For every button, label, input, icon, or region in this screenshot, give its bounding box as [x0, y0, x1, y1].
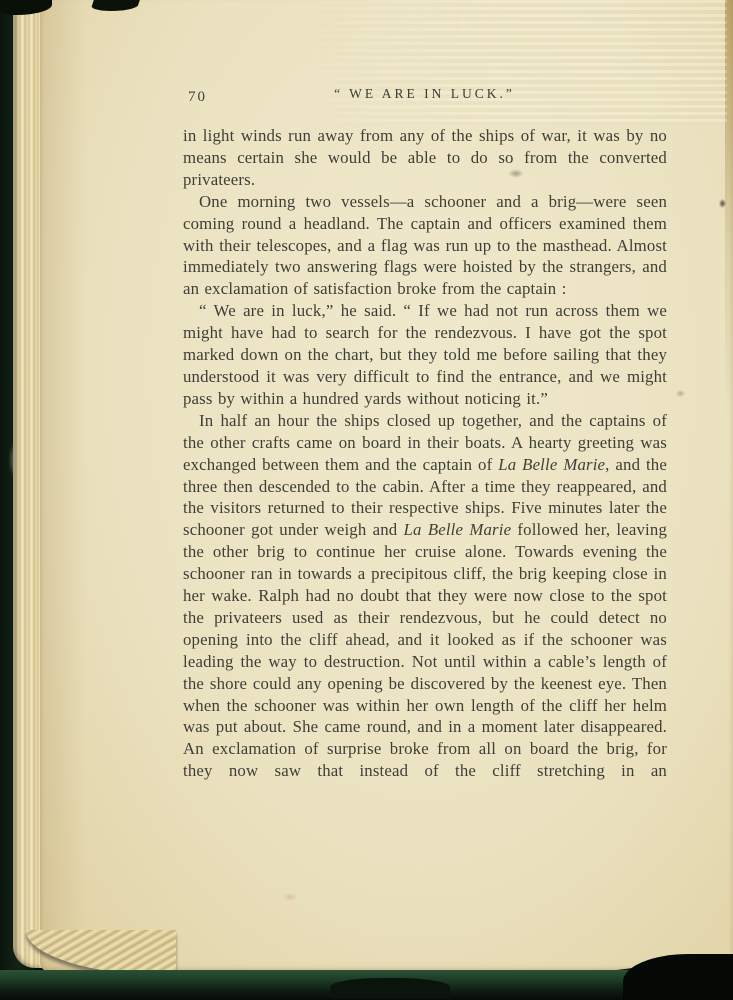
ship-name-italic: La Belle Marie	[404, 520, 512, 539]
paper-speck	[719, 199, 726, 208]
paragraph: One morning two vessels—a schooner and a…	[183, 191, 667, 301]
paragraph-text: followed her, leaving the other brig to …	[183, 520, 667, 780]
paragraph-text: One morning two vessels—a schooner and a…	[183, 192, 667, 299]
paragraph-text: in light winds run away from any of the …	[183, 126, 667, 189]
page-body: in light winds run away from any of the …	[183, 125, 667, 782]
paragraph: In half an hour the ships closed up toge…	[183, 410, 667, 782]
ship-name-italic: La Belle Marie	[498, 455, 605, 474]
paper-speck	[676, 390, 685, 397]
paper-smudge	[283, 893, 297, 901]
book-scan: 70 “ WE ARE IN LUCK.” in light winds run…	[0, 0, 733, 1000]
running-head: “ WE ARE IN LUCK.”	[183, 86, 666, 102]
cover-shadow-blob	[330, 978, 450, 998]
page-top-sheen	[297, 0, 727, 125]
paragraph: in light winds run away from any of the …	[183, 125, 667, 191]
paragraph: “ We are in luck,” he said. “ If we had …	[183, 300, 667, 410]
paragraph-text: “ We are in luck,” he said. “ If we had …	[183, 301, 667, 408]
